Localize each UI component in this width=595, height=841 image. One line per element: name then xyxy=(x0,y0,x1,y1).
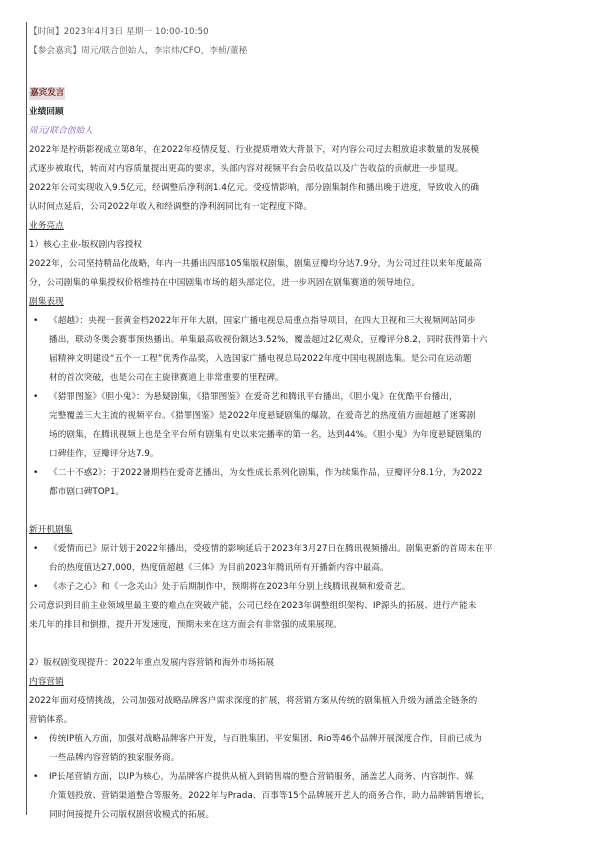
meeting-guests: 【参会嘉宾】周元/联合创始人，李宗炜/CFO，李桢/董秘 xyxy=(27,42,587,61)
bullet-line: 播出，联动冬奥会赛事预热播出。单集最高收视份额达3.52%，覆盖超过2亿观众，豆… xyxy=(47,331,587,350)
bullet-line: 台的热度值达27,000，热度值超越《三体》为目前2023年腾讯所有开播新内容中… xyxy=(47,559,587,578)
spacer xyxy=(27,61,587,80)
list-item: • 《二十不惑2》：于2022暑期档在爱奇艺播出，为女性成长系列化剧集，作为续集… xyxy=(27,464,587,502)
bullet-line: 《爱情而已》原计划于2022年播出，受疫情的影响延后于2023年3月27日在腾讯… xyxy=(47,540,587,559)
bullet-line: 同时间接提升公司版权剧营收模式的拓展。 xyxy=(47,806,587,825)
paragraph-line: 认时间点延后，公司2022年收入和经调整的净利润同比有一定程度下降。 xyxy=(27,198,587,217)
list-item: • 《爱情而已》原计划于2022年播出，受疫情的影响延后于2023年3月27日在… xyxy=(27,540,587,578)
paragraph-line: 来几年的排目和倒推，提升开发速度，预期未来在这方面会有非常强的成果展现。 xyxy=(27,616,587,635)
list-item: • 《赤子之心》和《一念关山》处于后期制作中，预期将在2023年分别上线腾讯视频… xyxy=(27,578,587,597)
bullet-line: 《超越》：央视一套黄金档2022年开年大剧，国家广播电视总局重点指导项目，在四大… xyxy=(47,312,587,331)
bullet-icon: • xyxy=(33,388,38,407)
bullet-line: 材的首次突破，也是公司在主旋律赛道上非常重要的里程碑。 xyxy=(47,369,587,388)
paragraph-line: 分，公司剧集的单集授权价格维持在中国剧集市场的超头部定位，进一步巩固在剧集赛道的… xyxy=(27,274,587,293)
bullet-line: 《猎罪图鉴》《胆小鬼》：为悬疑剧集，《猎罪图鉴》在爱奇艺和腾讯平台播出，《胆小鬼… xyxy=(47,388,587,407)
bullet-icon: • xyxy=(33,730,38,749)
item2-title: 2）版权剧变现提升：2022年重点发展内容营销和海外市场拓展 xyxy=(27,654,587,673)
bullet-icon: • xyxy=(33,540,38,559)
paragraph-line: 2022年面对疫情挑战，公司加强对战略品牌客户需求深度的扩展，将营销方案从传统的… xyxy=(27,692,587,711)
list-item: • 《超越》：央视一套黄金档2022年开年大剧，国家广播电视总局重点指导项目，在… xyxy=(27,312,587,388)
item1-title: 1）核心主业-版权剧内容授权 xyxy=(27,236,587,255)
heading-performance-review: 业绩回顾 xyxy=(27,103,587,122)
heading-drama-performance: 剧集表现 xyxy=(27,293,587,312)
list-item: • IP长尾营销方面，以IP为核心，为品牌客户提供从植入到销售端的整合营销服务，… xyxy=(27,768,587,825)
bullet-line: 都市剧口碑TOP1。 xyxy=(47,483,587,502)
section-title: 嘉宾发言 xyxy=(29,87,65,100)
paragraph-line: 2022年是柠萌影视成立第8年，在2022年疫情反复、行业提质增效大背景下，对内… xyxy=(27,141,587,160)
paragraph-line: 营销体系。 xyxy=(27,711,587,730)
bullet-icon: • xyxy=(33,464,38,483)
paragraph-line: 2022年，公司坚持精品化战略，年内一共播出四部105集版权剧集，剧集豆瓣均分达… xyxy=(27,255,587,274)
heading-new-dramas: 新开机剧集 xyxy=(27,521,587,540)
bullet-icon: • xyxy=(33,312,38,331)
heading-content-marketing: 内容营销 xyxy=(27,673,587,692)
bullet-line: 介策划投放、营销渠道整合等服务。2022年与Prada、百事等15个品牌展开艺人… xyxy=(47,787,587,806)
paragraph-line: 式逐步被取代，转而对内容质量提出更高的要求，头部内容对视频平台会员收益以及广告收… xyxy=(27,160,587,179)
paragraph-line: 公司意识到目前主业领域里最主要的难点在突破产能，公司已经在2023年调整组织架构… xyxy=(27,597,587,616)
bullet-line: 《二十不惑2》：于2022暑期档在爱奇艺播出，为女性成长系列化剧集，作为续集作品… xyxy=(47,464,587,483)
document-page: 【时间】2023年4月3日 星期一 10:00-10:50 【参会嘉宾】周元/联… xyxy=(27,23,587,825)
spacer xyxy=(27,635,587,654)
bullet-line: 一些品牌内容营销的独家服务商。 xyxy=(47,749,587,768)
bullet-line: 场的剧集，在腾讯视频上也是全平台所有剧集有史以来完播率的第一名，达到44%。《胆… xyxy=(47,426,587,445)
bullet-line: IP长尾营销方面，以IP为核心，为品牌客户提供从植入到销售端的整合营销服务，涵盖… xyxy=(47,768,587,787)
spacer xyxy=(27,502,587,521)
bullet-icon: • xyxy=(33,578,38,597)
list-item: • 《猎罪图鉴》《胆小鬼》：为悬疑剧集，《猎罪图鉴》在爱奇艺和腾讯平台播出，《胆… xyxy=(27,388,587,464)
paragraph-line: 2022年公司实现收入9.5亿元，经调整后净利润1.4亿元。受疫情影响，部分剧集… xyxy=(27,179,587,198)
bullet-icon: • xyxy=(33,768,38,787)
list-item: • 传统IP植入方面，加强对战略品牌客户开发，与百胜集团、平安集团、Rio等46… xyxy=(27,730,587,768)
meeting-time: 【时间】2023年4月3日 星期一 10:00-10:50 xyxy=(27,23,587,42)
heading-business-highlights: 业务亮点 xyxy=(27,217,587,236)
bullet-line: 口碑佳作，豆瓣评分达7.9。 xyxy=(47,445,587,464)
bullet-line: 《赤子之心》和《一念关山》处于后期制作中，预期将在2023年分别上线腾讯视频和爱… xyxy=(47,578,587,597)
speaker-name: 周元/联合创始人 xyxy=(27,122,587,141)
bullet-line: 传统IP植入方面，加强对战略品牌客户开发，与百胜集团、平安集团、Rio等46个品… xyxy=(47,730,587,749)
bullet-line: 届精神文明建设“五个一工程”优秀作品奖，入选国家广播电视总局2022年度中国电视… xyxy=(47,350,587,369)
bullet-line: 完整覆盖三大主流的视频平台。《猎罪图鉴》是2022年度悬疑剧集的爆款，在爱奇艺的… xyxy=(47,407,587,426)
